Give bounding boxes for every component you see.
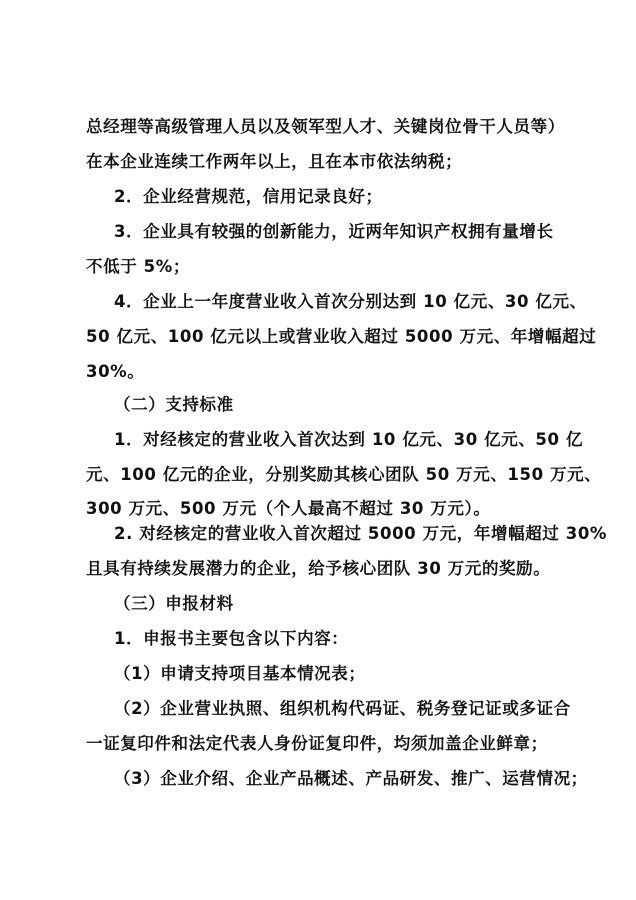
text-line: 一证复印件和法定代表人身份证复印件，均须加盖企业鲜章； — [86, 734, 548, 754]
list-item: （1）申请支持项目基本情况表； — [114, 664, 365, 684]
list-item: （3）企业介绍、企业产品概述、产品研发、推广、运营情况； — [114, 769, 588, 789]
text-line: 且具有持续发展潜力的企业，给予核心团队 30 万元的奖励。 — [86, 559, 550, 579]
list-item: （2）企业营业执照、组织机构代码证、税务登记证或多证合 — [114, 699, 571, 719]
section-heading: （二）支持标准 — [114, 395, 234, 415]
list-item: 4．企业上一年度营业收入首次分别达到 10 亿元、30 亿元、 — [114, 292, 587, 312]
text-line: 50 亿元、100 亿元以上或营业收入超过 5000 万元、年增幅超过 — [86, 327, 596, 347]
section-heading: （三）申报材料 — [114, 594, 234, 614]
text-line: 不低于 5%； — [86, 257, 190, 277]
list-item: 2．企业经营规范，信用记录良好； — [114, 187, 383, 207]
list-item: 3．企业具有较强的创新能力，近两年知识产权拥有量增长 — [114, 222, 554, 242]
text-line: 300 万元、500 万元（个人最高不超过 30 万元）。 — [86, 499, 490, 519]
text-line: 在本企业连续工作两年以上，且在本市依法纳税； — [86, 152, 462, 172]
text-line: 元、100 亿元的企业，分别奖励其核心团队 50 万元、150 万元、 — [86, 465, 601, 485]
list-item: 2. 对经核定的营业收入首次超过 5000 万元，年增幅超过 30% — [114, 524, 607, 544]
text-line: 30%。 — [86, 362, 144, 382]
list-item: 1．对经核定的营业收入首次达到 10 亿元、30 亿元、50 亿 — [114, 430, 583, 450]
list-item: 1．申报书主要包含以下内容： — [114, 629, 348, 649]
text-line: 总经理等高级管理人员以及领军型人才、关键岗位骨干人员等） — [86, 117, 565, 137]
document-page: 总经理等高级管理人员以及领军型人才、关键岗位骨干人员等） 在本企业连续工作两年以… — [0, 0, 636, 900]
